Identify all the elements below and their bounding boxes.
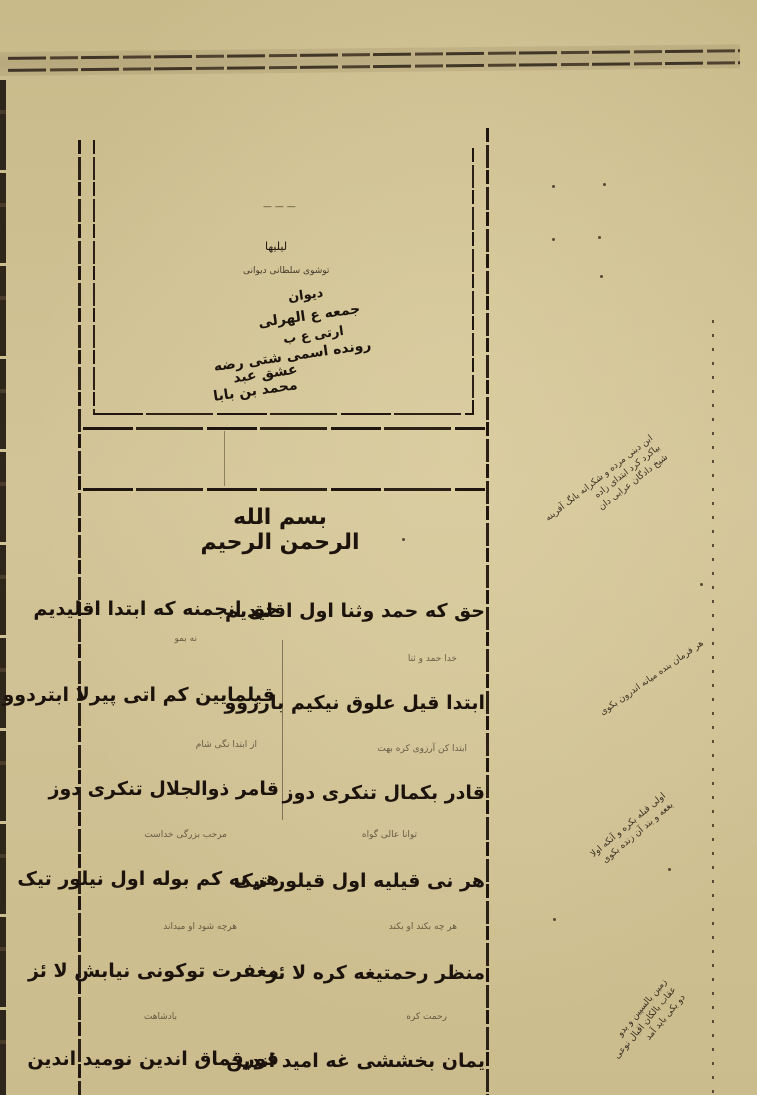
couplet-5-gloss-right: رحمت کره bbox=[406, 1012, 447, 1022]
ink-speck bbox=[402, 538, 405, 541]
inscription-line: توشوی سلطانی دیوانی bbox=[243, 266, 329, 276]
couplet-4-gloss-right: هر چه بکند او بکند bbox=[389, 922, 457, 932]
margin-note-1: ابن دبنی مرده و شکرانه بانگ آفرینه بیاکر… bbox=[543, 433, 670, 544]
top-edge-rule bbox=[8, 49, 740, 60]
couplet-2-gloss-right: ابتدا کن آرزوی کره بهت bbox=[377, 744, 467, 754]
margin-note-line: اولی قبله بکره و آنکه اولا bbox=[588, 790, 668, 860]
couplet-4-gloss-left: هرچه شود او میداند bbox=[163, 922, 237, 932]
header-inscription: — — — لیلیها توشوی سلطانی دیوانی دیوان ج… bbox=[93, 140, 473, 415]
ink-speck bbox=[260, 520, 263, 523]
couplet-2-left: قیلمایین کم اتی پیرلا ابتردوو bbox=[2, 684, 275, 706]
couplet-3-left: قامر ذوالجلال تنکری دوز bbox=[49, 778, 280, 800]
inscription-line: لیلیها bbox=[265, 240, 287, 253]
couplet-3-gloss-right: توانا عالی گواه bbox=[362, 830, 417, 840]
margin-note-line: بیاکرد کرد ابتدای زاده bbox=[550, 442, 663, 534]
margin-note-4: زمین بالسپین و بدو عقاب بالکان اقبال نوع… bbox=[602, 977, 688, 1070]
couplet-6-left: قورقماق اندین نومید اندین bbox=[27, 1048, 279, 1070]
ink-speck bbox=[668, 868, 671, 871]
separator-faint-tick bbox=[224, 431, 225, 486]
ink-speck bbox=[603, 183, 606, 186]
separator-bottom-rule bbox=[83, 488, 485, 491]
ink-speck bbox=[552, 185, 555, 188]
couplet-5-left: مغفرت توکونی نیابش لا ئز bbox=[28, 960, 279, 982]
couplet-3-gloss-left: مرحب بزرگی خداست bbox=[144, 830, 227, 840]
basmala-heading: بسم الله الرحمن الرحيم bbox=[200, 505, 360, 555]
ink-speck bbox=[600, 275, 603, 278]
couplet-1-gloss-left: نه بمو bbox=[174, 634, 197, 644]
left-binding-edge bbox=[0, 80, 6, 1095]
couplet-3-right: قادر بکمال تنکری دوز bbox=[283, 782, 485, 804]
inscription-line: جمعه ع الهرلی bbox=[257, 301, 361, 331]
top-edge-rule bbox=[8, 61, 740, 72]
ink-speck bbox=[553, 918, 556, 921]
page-top-edge bbox=[0, 44, 740, 76]
outer-frame-right-rule bbox=[486, 128, 489, 1095]
inscription-line: — — — bbox=[263, 202, 296, 212]
inscription-line: دیوان bbox=[287, 286, 324, 306]
couplet-5-gloss-left: بادشاهت bbox=[144, 1012, 177, 1022]
ink-speck bbox=[598, 236, 601, 239]
header-box: — — — لیلیها توشوی سلطانی دیوانی دیوان ج… bbox=[93, 140, 473, 415]
margin-note-line: هر فرمان بنده میانه اندرون بکوی bbox=[598, 638, 706, 719]
couplet-2-gloss-left: از ابتدا نگی شام bbox=[196, 740, 257, 750]
separator-top-rule bbox=[83, 427, 485, 430]
ink-speck bbox=[552, 238, 555, 241]
margin-note-2: هر فرمان بنده میانه اندرون بکوی bbox=[598, 638, 706, 719]
couplet-4-left: هر نه کم بوله اول نیلور تیک bbox=[17, 868, 279, 890]
couplet-1-gloss-right: خدا حمد و ثنا bbox=[408, 654, 457, 664]
margin-note-3: اولی قبله بکره و آنکه اولا بغعه و بند آن… bbox=[588, 790, 676, 869]
couplet-1-left: حق انجمنه که ابتدا اقلیدیم bbox=[33, 598, 279, 620]
ink-speck bbox=[700, 583, 703, 586]
couplet-5-right: منظر رحمتیغه کره لا ئز bbox=[266, 962, 485, 984]
right-margin-dotted-rule bbox=[712, 320, 714, 1095]
